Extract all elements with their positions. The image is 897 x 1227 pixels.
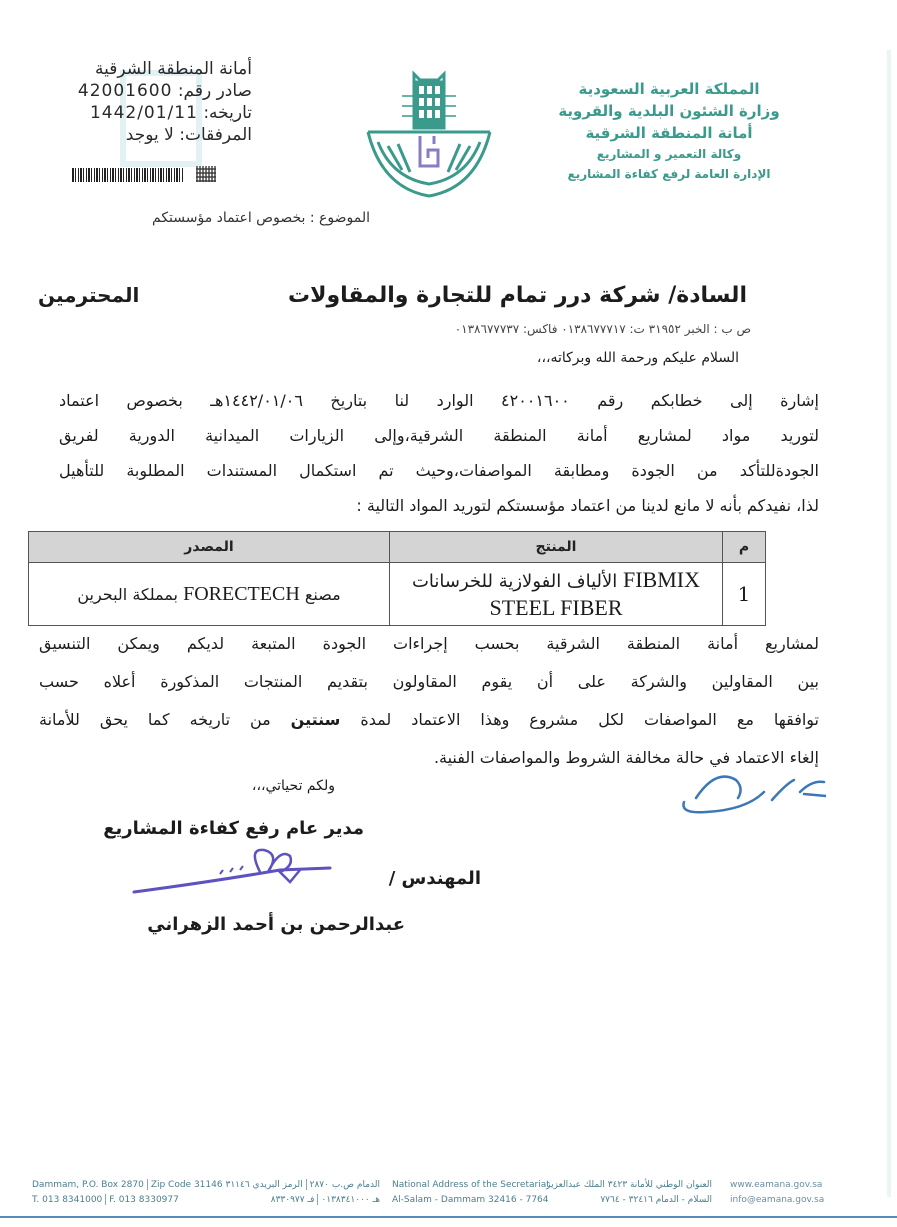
source-en: FORECTECH [183,583,300,605]
body-line: لمشاريع أمانة المنطقة الشرقية بحسب إجراء… [39,625,819,663]
footer-address-en: Dammam, P.O. Box 2870Zip Code 31146 T. 0… [32,1178,223,1208]
duration-after: من تاريخه كما يحق للأمانة [39,710,271,729]
footer-na-detail: Al-Salam - Dammam 32416 - 7764 [392,1193,550,1208]
body-line: إشارة إلى خطابكم رقم ٤٢٠٠١٦٠٠ الوارد لنا… [59,383,819,418]
footer-email-link[interactable]: info@eamana.gov.sa [730,1193,824,1208]
footer-phone: T. 013 8341000 [32,1195,102,1205]
duration-before: توافقها مع المواصفات لكل مشروع وهذا الاع… [360,710,819,729]
body-paragraph-2: لمشاريع أمانة المنطقة الشرقية بحسب إجراء… [39,625,819,777]
ref-attachments-row: المرفقات: لا يوجد [52,124,252,146]
date-label: تاريخه: [203,102,252,124]
footer-zip-ar: الرمز البريدي ٣١١٤٦ [226,1180,303,1190]
attachments-label: المرفقات: [179,124,252,146]
header-source: المصدر [29,532,390,563]
ministry-line: وزارة الشئون البلدية والقروية [519,100,819,122]
header-product: المنتج [390,532,723,563]
body-paragraph-1: إشارة إلى خطابكم رقم ٤٢٠٠١٦٠٠ الوارد لنا… [59,383,819,523]
body-line: بين المقاولين والشركة على أن يقوم المقاو… [39,663,819,701]
addressee-honorific: المحترمين [38,283,139,307]
footer-fax-ar: فـ ٨٣٣٠٩٧٧ [271,1195,315,1205]
footer-na-title-ar: العنوان الوطني للأمانة ٣٤٢٣ الملك عبدالع… [542,1178,712,1193]
reference-block: أمانة المنطقة الشرقية صادر رقم: 42001600… [52,58,252,146]
footer-website-link[interactable]: www.eamana.gov.sa [730,1178,824,1193]
cell-num: 1 [723,563,766,626]
ministry-line: المملكة العربية السعودية [519,78,819,100]
footer-fax: F. 013 8330977 [109,1195,179,1205]
attachments-value: لا يوجد [126,125,174,145]
footer-phone-ar: هـ ٠١٣٨٣٤١٠٠٠ [321,1195,380,1205]
closing-regards: ولكم تحياتي،،، [252,778,335,794]
ministry-line: أمانة المنطقة الشرقية [519,122,819,144]
footer-national-address-ar: العنوان الوطني للأمانة ٣٤٢٣ الملك عبدالع… [542,1178,712,1208]
signer-name: عبدالرحمن بن أحمد الزهراني [147,914,405,935]
date-value: 1442/01/11 [90,102,198,124]
cell-source: مصنع FORECTECH بمملكة البحرين [29,563,390,626]
footer-na-title: National Address of the Secretariat [392,1178,550,1193]
addressee-name: السادة/ شركة درر تمام للتجارة والمقاولات [288,283,747,308]
municipality-logo-icon [362,70,496,202]
signature-icon [130,842,350,902]
subject-line: الموضوع : بخصوص اعتماد مؤسستكم [110,210,370,226]
source-pre: مصنع [305,585,341,604]
barcode-icon [72,168,184,182]
signer-title: مدير عام رفع كفاءة المشاريع [103,818,364,839]
product-en-name: FIBMIX [623,567,700,592]
body-line: الجودةللتأكد من الجودة ومطابقة المواصفات… [59,453,819,488]
qr-code-icon [196,166,216,182]
cell-product: FIBMIX الألياف الفولازية للخرسانات STEEL… [390,563,723,626]
header-num: م [723,532,766,563]
engineer-label: المهندس / [389,868,481,889]
footer-web: www.eamana.gov.sa info@eamana.gov.sa [730,1178,824,1208]
footer-pobox: Dammam, P.O. Box 2870 [32,1180,144,1190]
footer-na-detail-ar: السلام - الدمام ٣٢٤١٦ - ٧٧٦٤ [542,1193,712,1208]
duration-bold: سنتين [291,710,341,729]
addressee-pobox: ص ب : الخبر ٣١٩٥٢ ت: ٠١٣٨٦٧٧٧١٧ فاكس: ٠١… [455,322,751,336]
ministry-line: وكالة التعمير و المشاريع [519,144,819,164]
body-line: لذا، نفيدكم بأنه لا مانع لدينا من اعتماد… [59,488,819,523]
product-en-type: STEEL FIBER [391,595,721,621]
page-edge [887,50,891,1197]
footer: Dammam, P.O. Box 2870Zip Code 31146 T. 0… [0,1178,897,1218]
footer-pobox-ar: الدمام ص.ب ٢٨٧٠ [310,1180,380,1190]
footer-national-address-en: National Address of the Secretariat Al-S… [392,1178,550,1208]
table-header-row: م المنتج المصدر [29,532,766,563]
ministry-header: المملكة العربية السعودية وزارة الشئون ال… [519,78,819,184]
ref-org: أمانة المنطقة الشرقية [52,58,252,80]
ref-issued-row: صادر رقم: 42001600 [52,80,252,102]
initials-signature-icon [676,762,826,818]
body-line: توافقها مع المواصفات لكل مشروع وهذا الاع… [39,701,819,739]
issued-no-label: صادر رقم: [178,80,252,102]
body-line: لتوريد مواد لمشاريع أمانة المنطقة الشرقي… [59,418,819,453]
table-row: 1 FIBMIX الألياف الفولازية للخرسانات STE… [29,563,766,626]
product-ar-name: الألياف الفولازية للخرسانات [412,571,617,592]
greeting: السلام عليكم ورحمة الله وبركاته،،، [537,350,739,366]
ministry-line: الإدارة العامة لرفع كفاءة المشاريع [519,164,819,184]
source-post: بمملكة البحرين [77,585,178,604]
footer-rule [0,1216,897,1218]
issued-no-value: 42001600 [78,80,173,102]
ref-date-row: تاريخه: 1442/01/11 [52,102,252,124]
footer-address-ar: الدمام ص.ب ٢٨٧٠الرمز البريدي ٣١١٤٦ هـ ٠١… [210,1178,380,1208]
materials-table: م المنتج المصدر 1 FIBMIX الألياف الفولاز… [28,531,766,626]
